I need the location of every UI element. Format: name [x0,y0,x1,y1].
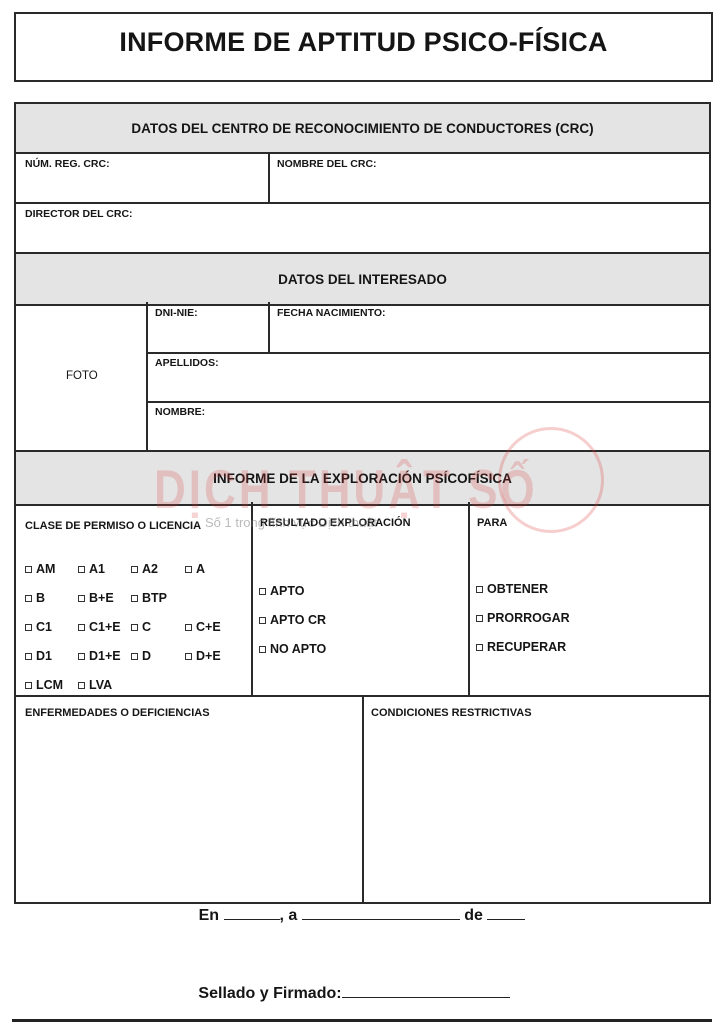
checkbox-class-b[interactable]: B [25,591,45,605]
checkbox-icon [25,682,32,689]
checkbox-class-a[interactable]: A [185,562,205,576]
checkbox-icon [78,566,85,573]
checkbox-class-c-plus-e[interactable]: C+E [185,620,221,634]
bottom-rule [12,1019,712,1022]
checkbox-class-a1[interactable]: A1 [78,562,105,576]
checkbox-class-a2[interactable]: A2 [131,562,158,576]
interesado-section-heading: DATOS DEL INTERESADO [16,252,709,306]
enfermedades-label: ENFERMEDADES O DEFICIENCIAS [25,707,210,719]
checkbox-icon [25,653,32,660]
checkbox-icon [259,617,266,624]
year-field[interactable] [487,904,525,920]
divider [362,695,364,904]
checkbox-icon [259,588,266,595]
place-field[interactable] [224,904,280,920]
checkbox-icon [259,646,266,653]
exploracion-section-heading: INFORME DE LA EXPLORACIÓN PSÍCOFÍSICA [16,450,709,506]
checkbox-obtener[interactable]: OBTENER [476,582,548,596]
signature-line: Sellado y Firmado: [0,982,724,1003]
place-prefix: En [199,907,219,924]
checkbox-class-c[interactable]: C [131,620,151,634]
checkbox-apto-cr[interactable]: APTO CR [259,613,326,627]
checkbox-class-btp[interactable]: BTP [131,591,167,605]
clase-permiso-label: CLASE DE PERMISO O LICENCIA [25,520,201,532]
signature-label: Sellado y Firmado: [198,985,341,1002]
divider [268,302,270,352]
crc-section-heading: DATOS DEL CENTRO DE RECONOCIMIENTO DE CO… [16,104,709,154]
place-date-line: En , a de [0,904,724,925]
signature-field[interactable] [342,982,510,998]
apellidos-label: APELLIDOS: [155,357,219,369]
nombre-crc-label: NOMBRE DEL CRC: [277,158,377,170]
checkbox-icon [131,566,138,573]
checkbox-icon [78,653,85,660]
divider [16,202,709,204]
checkbox-icon [78,682,85,689]
day-month-field[interactable] [302,904,460,920]
checkbox-icon [185,566,192,573]
dni-nie-label: DNI-NIE: [155,307,198,319]
checkbox-class-d[interactable]: D [131,649,151,663]
checkbox-icon [25,566,32,573]
document-title: INFORME DE APTITUD PSICO-FÍSICA [16,27,711,58]
checkbox-prorrogar[interactable]: PRORROGAR [476,611,570,625]
checkbox-icon [131,595,138,602]
checkbox-icon [25,595,32,602]
checkbox-icon [78,624,85,631]
checkbox-icon [476,586,483,593]
checkbox-class-c1-plus-e[interactable]: C1+E [78,620,121,634]
para-label: PARA [477,517,507,529]
resultado-exploracion-label: RESULTADO EXPLORACIÓN [260,517,411,529]
checkbox-icon [131,624,138,631]
nombre-label: NOMBRE: [155,406,205,418]
checkbox-no-apto[interactable]: NO APTO [259,642,326,656]
checkbox-class-am[interactable]: AM [25,562,55,576]
checkbox-icon [131,653,138,660]
checkbox-class-d1[interactable]: D1 [25,649,52,663]
checkbox-icon [476,644,483,651]
divider [468,502,470,695]
checkbox-apto[interactable]: APTO [259,584,305,598]
checkbox-class-lcm[interactable]: LCM [25,678,63,692]
document-title-box: INFORME DE APTITUD PSICO-FÍSICA [14,12,713,82]
checkbox-icon [78,595,85,602]
comma-a: , a [280,907,298,924]
checkbox-icon [476,615,483,622]
director-crc-label: DIRECTOR DEL CRC: [25,208,133,220]
num-reg-crc-label: NÚM. REG. CRC: [25,158,110,170]
checkbox-class-d1-plus-e[interactable]: D1+E [78,649,121,663]
de-label: de [464,907,483,924]
checkbox-class-lva[interactable]: LVA [78,678,112,692]
condiciones-restrictivas-label: CONDICIONES RESTRICTIVAS [371,707,532,719]
divider [146,401,709,403]
form-table: DATOS DEL CENTRO DE RECONOCIMIENTO DE CO… [14,102,711,904]
checkbox-class-c1[interactable]: C1 [25,620,52,634]
checkbox-icon [185,653,192,660]
checkbox-class-b-plus-e[interactable]: B+E [78,591,114,605]
checkbox-class-d-plus-e[interactable]: D+E [185,649,221,663]
divider [146,352,709,354]
photo-placeholder: FOTO [66,370,98,382]
fecha-nacimiento-label: FECHA NACIMIENTO: [277,307,386,319]
checkbox-icon [185,624,192,631]
divider [268,152,270,202]
checkbox-icon [25,624,32,631]
divider [146,302,148,450]
checkbox-recuperar[interactable]: RECUPERAR [476,640,566,654]
divider [251,502,253,695]
